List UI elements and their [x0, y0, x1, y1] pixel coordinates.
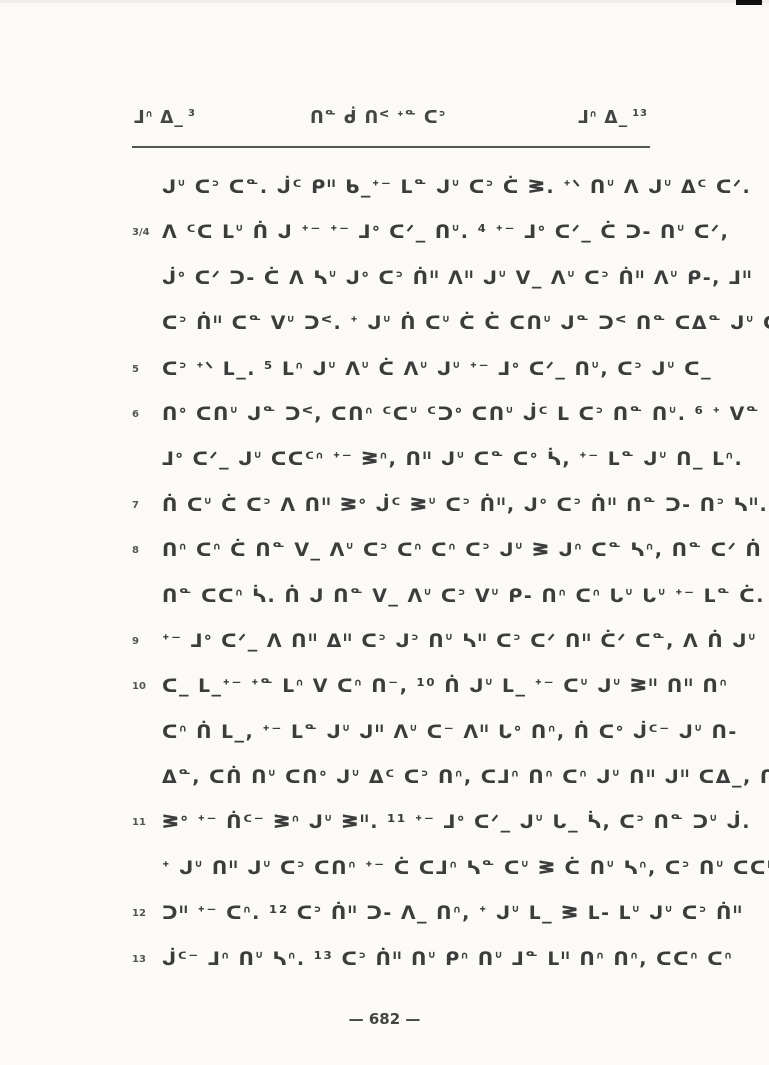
verse-number: 11 — [132, 800, 160, 845]
line-text: ᑎᐢ ᑕᐢ ᑖ ᑎᓐ ᐯ_ ᐱᐡ ᑕᐣ ᑕᐢ ᑕᐢ ᑕᐣ ᒍᐡ ᕒ ᒍᐢ ᑕᓐ … — [162, 528, 769, 573]
text-line: 13ᒎᑦ⁻ ᒧᐢ ᑎᐡ ᓴᐢ. ¹³ ᑕᐣ ᑏᐦ ᑎᐡ ᑭᐢ ᑎᐡ ᒧᓐ ᒪᐦ … — [132, 937, 662, 982]
line-text: ᐩ ᒍᐡ ᑎᐦ ᒍᐡ ᑕᐣ ᑕᑎᐢ ᐩ⁻ ᑖ ᑕᒧᐢ ᓴᓐ ᑕᐡ ᕒ ᑖ ᑎᐡ … — [162, 846, 769, 891]
text-line: ᑕᐣ ᑏᐦ ᑕᓐ ᐯᐡ ᑐᑉ. ᐩ ᒍᐡ ᑏ ᑕᐡ ᑖ ᑖ ᑕᑎᐡ ᒍᓐ ᑐᑉ … — [132, 301, 662, 346]
running-head: ᒧᐢ ᐃ_3 ᑎᓐ ᑰ ᑎᑉ ᐩᓐ ᑕᐣ ᒧᐢ ᐃ_13 — [132, 100, 650, 140]
text-line: 3/4ᐱ ᑦᑕ ᒪᐡ ᑏ ᒍ ᐩ⁻ ᐩ⁻ ᒧᐤ ᑕᐟ_ ᑎᐡ. ⁴ ᐩ⁻ ᒧᐤ … — [132, 210, 662, 255]
body-text: ᒍᐡ ᑕᐣ ᑕᓐ. ᒎᑦ ᑭᐦ ᑲ_ᐩ⁻ ᒪᓐ ᒍᐡ ᑕᐣ ᑖ ᕒ. ᐩᐠ ᑎᐡ… — [132, 165, 662, 982]
running-head-left-ref: 3 — [188, 108, 196, 119]
running-head-right-text: ᒧᐢ ᐃ_ — [578, 108, 628, 128]
running-head-right-ref: 13 — [632, 108, 648, 119]
line-text: ᑐᐦ ᐩ⁻ ᑕᐢ. ¹² ᑕᐣ ᑏᐦ ᑐ- ᐱ_ ᑎᐢ, ᐩ ᒍᐡ ᒪ_ ᕒ ᒪ… — [162, 891, 743, 936]
text-line: ᑎᓐ ᑕᑕᐢ ᓵ. ᑏ ᒍ ᑎᓐ ᐯ_ ᐱᐡ ᑕᐣ ᐯᐡ ᑭ- ᑎᐢ ᑕᐢ ᒐᐡ… — [132, 574, 662, 619]
verse-number: 12 — [132, 891, 160, 936]
line-text: ᐩ⁻ ᒧᐤ ᑕᐟ_ ᐱ ᑎᐦ ᐃᐦ ᑕᐣ ᒍᐣ ᑎᐡ ᓴᐦ ᑕᐣ ᑕᐟ ᑎᐦ ᑖ… — [162, 619, 757, 664]
line-text: ᑎᓐ ᑕᑕᐢ ᓵ. ᑏ ᒍ ᑎᓐ ᐯ_ ᐱᐡ ᑕᐣ ᐯᐡ ᑭ- ᑎᐢ ᑕᐢ ᒐᐡ… — [162, 574, 765, 619]
text-line: 9ᐩ⁻ ᒧᐤ ᑕᐟ_ ᐱ ᑎᐦ ᐃᐦ ᑕᐣ ᒍᐣ ᑎᐡ ᓴᐦ ᑕᐣ ᑕᐟ ᑎᐦ … — [132, 619, 662, 664]
scan-mark — [736, 0, 762, 5]
line-text: ᒧᐤ ᑕᐟ_ ᒍᐡ ᑕᑕᑦᐢ ᐩ⁻ ᕒᐢ, ᑎᐦ ᒍᐡ ᑕᓐ ᑕᐤ ᓵ, ᐩ⁻ … — [162, 437, 743, 482]
line-text: ᑕᐢ ᑏ ᒪ_, ᐩ⁻ ᒪᓐ ᒍᐡ ᒍᐦ ᐱᐡ ᑕ⁻ ᐱᐦ ᒐᐤ ᑎᐢ, ᑏ ᑕ… — [162, 710, 738, 755]
verse-number: 13 — [132, 937, 160, 982]
text-line: ᑕᐢ ᑏ ᒪ_, ᐩ⁻ ᒪᓐ ᒍᐡ ᒍᐦ ᐱᐡ ᑕ⁻ ᐱᐦ ᒐᐤ ᑎᐢ, ᑏ ᑕ… — [132, 710, 662, 755]
page-number: — 682 — — [0, 1010, 769, 1028]
verse-number: 3/4 — [132, 210, 160, 255]
verse-number: 9 — [132, 619, 160, 664]
verse-number: 7 — [132, 483, 160, 528]
text-line: 5ᑕᐣ ᐩᐠ ᒪ_. ⁵ ᒪᐢ ᒍᐡ ᐱᐡ ᑖ ᐱᐡ ᒍᐡ ᐩ⁻ ᒧᐤ ᑕᐟ_ … — [132, 347, 662, 392]
line-text: ᒎᐤ ᑕᐟ ᑐ- ᑖ ᐱ ᓴᐡ ᒍᐤ ᑕᐣ ᑏᐦ ᐱᐦ ᒍᐡ ᐯ_ ᐱᐡ ᑕᐣ … — [162, 256, 753, 301]
line-text: ᕒᐤ ᐩ⁻ ᑏᑦ⁻ ᕒᐢ ᒍᐡ ᕒᐦ. ¹¹ ᐩ⁻ ᒧᐤ ᑕᐟ_ ᒍᐡ ᒐ_ ᓵ… — [162, 800, 751, 845]
line-text: ᑏ ᑕᐡ ᑖ ᑕᐣ ᐱ ᑎᐦ ᕒᐤ ᒎᑦ ᕒᐡ ᑕᐣ ᑏᐦ, ᒍᐤ ᑕᐣ ᑏᐦ … — [162, 483, 768, 528]
text-line: ᐃᓐ, ᑕᑏ ᑎᐡ ᑕᑎᐤ ᒍᐡ ᐃᑦ ᑕᐣ ᑎᐢ, ᑕᒧᐢ ᑎᐢ ᑕᐢ ᒍᐡ … — [132, 755, 662, 800]
verse-number: 8 — [132, 528, 160, 573]
text-line: 6ᑎᐤ ᑕᑎᐡ ᒍᓐ ᑐᑉ, ᑕᑎᐢ ᑦᑕᐡ ᑦᑐᐤ ᑕᑎᐡ ᒎᑦ ᒪ ᑕᐣ ᑎ… — [132, 392, 662, 437]
line-text: ᑕᐣ ᑏᐦ ᑕᓐ ᐯᐡ ᑐᑉ. ᐩ ᒍᐡ ᑏ ᑕᐡ ᑖ ᑖ ᑕᑎᐡ ᒍᓐ ᑐᑉ … — [162, 301, 769, 346]
line-text: ᑕᐣ ᐩᐠ ᒪ_. ⁵ ᒪᐢ ᒍᐡ ᐱᐡ ᑖ ᐱᐡ ᒍᐡ ᐩ⁻ ᒧᐤ ᑕᐟ_ ᑎ… — [162, 347, 712, 392]
verse-number: 6 — [132, 392, 160, 437]
line-text: ᐃᓐ, ᑕᑏ ᑎᐡ ᑕᑎᐤ ᒍᐡ ᐃᑦ ᑕᐣ ᑎᐢ, ᑕᒧᐢ ᑎᐢ ᑕᐢ ᒍᐡ … — [162, 755, 769, 800]
verse-number: 5 — [132, 347, 160, 392]
line-text: ᒍᐡ ᑕᐣ ᑕᓐ. ᒎᑦ ᑭᐦ ᑲ_ᐩ⁻ ᒪᓐ ᒍᐡ ᑕᐣ ᑖ ᕒ. ᐩᐠ ᑎᐡ… — [162, 165, 751, 210]
running-head-title: ᑎᓐ ᑰ ᑎᑉ ᐩᓐ ᑕᐣ — [310, 108, 446, 128]
text-line: 12ᑐᐦ ᐩ⁻ ᑕᐢ. ¹² ᑕᐣ ᑏᐦ ᑐ- ᐱ_ ᑎᐢ, ᐩ ᒍᐡ ᒪ_ ᕒ… — [132, 891, 662, 936]
text-line: 8ᑎᐢ ᑕᐢ ᑖ ᑎᓐ ᐯ_ ᐱᐡ ᑕᐣ ᑕᐢ ᑕᐢ ᑕᐣ ᒍᐡ ᕒ ᒍᐢ ᑕᓐ… — [132, 528, 662, 573]
text-line: ᐩ ᒍᐡ ᑎᐦ ᒍᐡ ᑕᐣ ᑕᑎᐢ ᐩ⁻ ᑖ ᑕᒧᐢ ᓴᓐ ᑕᐡ ᕒ ᑖ ᑎᐡ … — [132, 846, 662, 891]
running-head-right: ᒧᐢ ᐃ_13 — [578, 108, 648, 128]
header-rule — [132, 146, 650, 148]
running-head-left: ᒧᐢ ᐃ_3 — [134, 108, 196, 128]
running-head-left-text: ᒧᐢ ᐃ_ — [134, 108, 184, 128]
line-text: ᐱ ᑦᑕ ᒪᐡ ᑏ ᒍ ᐩ⁻ ᐩ⁻ ᒧᐤ ᑕᐟ_ ᑎᐡ. ⁴ ᐩ⁻ ᒧᐤ ᑕᐟ_… — [162, 210, 729, 255]
text-line: ᒧᐤ ᑕᐟ_ ᒍᐡ ᑕᑕᑦᐢ ᐩ⁻ ᕒᐢ, ᑎᐦ ᒍᐡ ᑕᓐ ᑕᐤ ᓵ, ᐩ⁻ … — [132, 437, 662, 482]
scan-edge — [0, 0, 769, 3]
text-line: 7ᑏ ᑕᐡ ᑖ ᑕᐣ ᐱ ᑎᐦ ᕒᐤ ᒎᑦ ᕒᐡ ᑕᐣ ᑏᐦ, ᒍᐤ ᑕᐣ ᑏᐦ… — [132, 483, 662, 528]
text-line: 11ᕒᐤ ᐩ⁻ ᑏᑦ⁻ ᕒᐢ ᒍᐡ ᕒᐦ. ¹¹ ᐩ⁻ ᒧᐤ ᑕᐟ_ ᒍᐡ ᒐ_… — [132, 800, 662, 845]
line-text: ᑎᐤ ᑕᑎᐡ ᒍᓐ ᑐᑉ, ᑕᑎᐢ ᑦᑕᐡ ᑦᑐᐤ ᑕᑎᐡ ᒎᑦ ᒪ ᑕᐣ ᑎᓐ… — [162, 392, 769, 437]
line-text: ᑕ_ ᒪ_ᐩ⁻ ᐩᓐ ᒪᐢ ᐯ ᑕᐢ ᑎ⁻, ¹⁰ ᑏ ᒍᐡ ᒪ_ ᐩ⁻ ᑕᐡ … — [162, 664, 728, 709]
text-line: ᒍᐡ ᑕᐣ ᑕᓐ. ᒎᑦ ᑭᐦ ᑲ_ᐩ⁻ ᒪᓐ ᒍᐡ ᑕᐣ ᑖ ᕒ. ᐩᐠ ᑎᐡ… — [132, 165, 662, 210]
line-text: ᒎᑦ⁻ ᒧᐢ ᑎᐡ ᓴᐢ. ¹³ ᑕᐣ ᑏᐦ ᑎᐡ ᑭᐢ ᑎᐡ ᒧᓐ ᒪᐦ ᑎᐢ… — [162, 937, 733, 982]
verse-number: 10 — [132, 664, 160, 709]
text-line: 10ᑕ_ ᒪ_ᐩ⁻ ᐩᓐ ᒪᐢ ᐯ ᑕᐢ ᑎ⁻, ¹⁰ ᑏ ᒍᐡ ᒪ_ ᐩ⁻ ᑕ… — [132, 664, 662, 709]
text-line: ᒎᐤ ᑕᐟ ᑐ- ᑖ ᐱ ᓴᐡ ᒍᐤ ᑕᐣ ᑏᐦ ᐱᐦ ᒍᐡ ᐯ_ ᐱᐡ ᑕᐣ … — [132, 256, 662, 301]
